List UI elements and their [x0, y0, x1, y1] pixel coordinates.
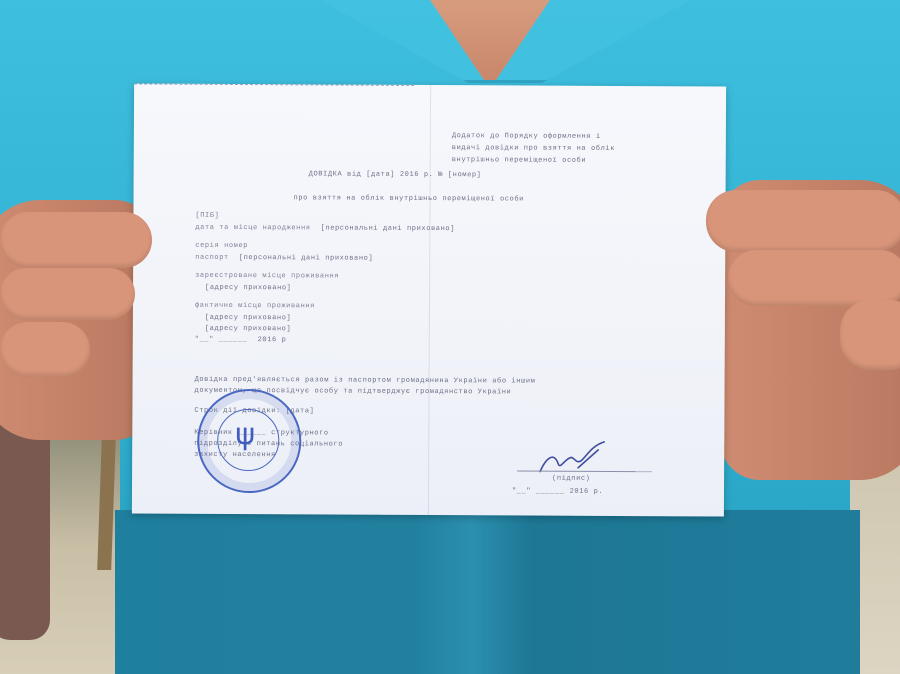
document-field-row: [ПІБ] — [195, 212, 229, 220]
field-label: дата та місце народження — [195, 224, 310, 233]
certificate-document: Додаток до Порядку оформлення і видачі д… — [132, 83, 726, 516]
document-field-row: серія номер — [195, 242, 258, 250]
right-finger-3 — [840, 300, 900, 370]
notice-line-1: Довідка пред'являється разом із паспорто… — [195, 376, 536, 386]
field-label: зареєстроване місце проживання — [195, 272, 339, 281]
title-separator — [134, 83, 414, 85]
document-field-row: "__" ______2016 р — [195, 336, 287, 344]
shirt-lower — [115, 510, 860, 674]
field-value: [адресу приховано] — [205, 325, 291, 333]
document-subtitle: про взяття на облік внутрішньо переміщен… — [294, 194, 524, 203]
field-label: [ПІБ] — [195, 212, 219, 220]
field-label: паспорт — [195, 254, 229, 262]
field-value: [персональні дані приховано] — [239, 254, 373, 263]
official-stamp: ψ — [197, 389, 302, 494]
field-value: 2016 р — [258, 336, 287, 344]
field-label: серія номер — [195, 242, 248, 250]
photo-scene: Додаток до Порядку оформлення і видачі д… — [0, 0, 900, 674]
left-finger-2 — [0, 268, 135, 320]
document-field-row: [адресу приховано] — [195, 284, 291, 293]
paper-fold — [428, 85, 431, 515]
document-field-row: паспорт[персональні дані приховано] — [195, 254, 373, 263]
signature-date: "__" ______ 2016 р. — [512, 487, 603, 495]
document-title: ДОВІДКА від [дата] 2016 р. № [номер] — [309, 170, 482, 179]
field-value: [персональні дані приховано] — [321, 224, 455, 233]
trident-icon: ψ — [235, 417, 256, 453]
left-finger-3 — [0, 322, 90, 377]
header-note: Додаток до Порядку оформлення і видачі д… — [452, 130, 615, 167]
left-finger-1 — [0, 212, 152, 268]
document-field-row: [адресу приховано] — [195, 314, 291, 323]
right-finger-2 — [728, 250, 900, 306]
right-finger-1 — [706, 190, 900, 252]
field-label: фактичне місце проживання — [195, 302, 315, 311]
document-field-row: фактичне місце проживання — [195, 302, 325, 311]
field-value: [адресу приховано] — [205, 284, 291, 292]
field-label: "__" ______ — [195, 336, 248, 344]
document-field-row: зареєстроване місце проживання — [195, 272, 349, 281]
document-field-row: дата та місце народження[персональні дан… — [195, 224, 455, 233]
field-value: [адресу приховано] — [205, 314, 291, 322]
signature-caption: (підпис) — [552, 475, 590, 483]
document-field-row: [адресу приховано] — [195, 325, 291, 334]
